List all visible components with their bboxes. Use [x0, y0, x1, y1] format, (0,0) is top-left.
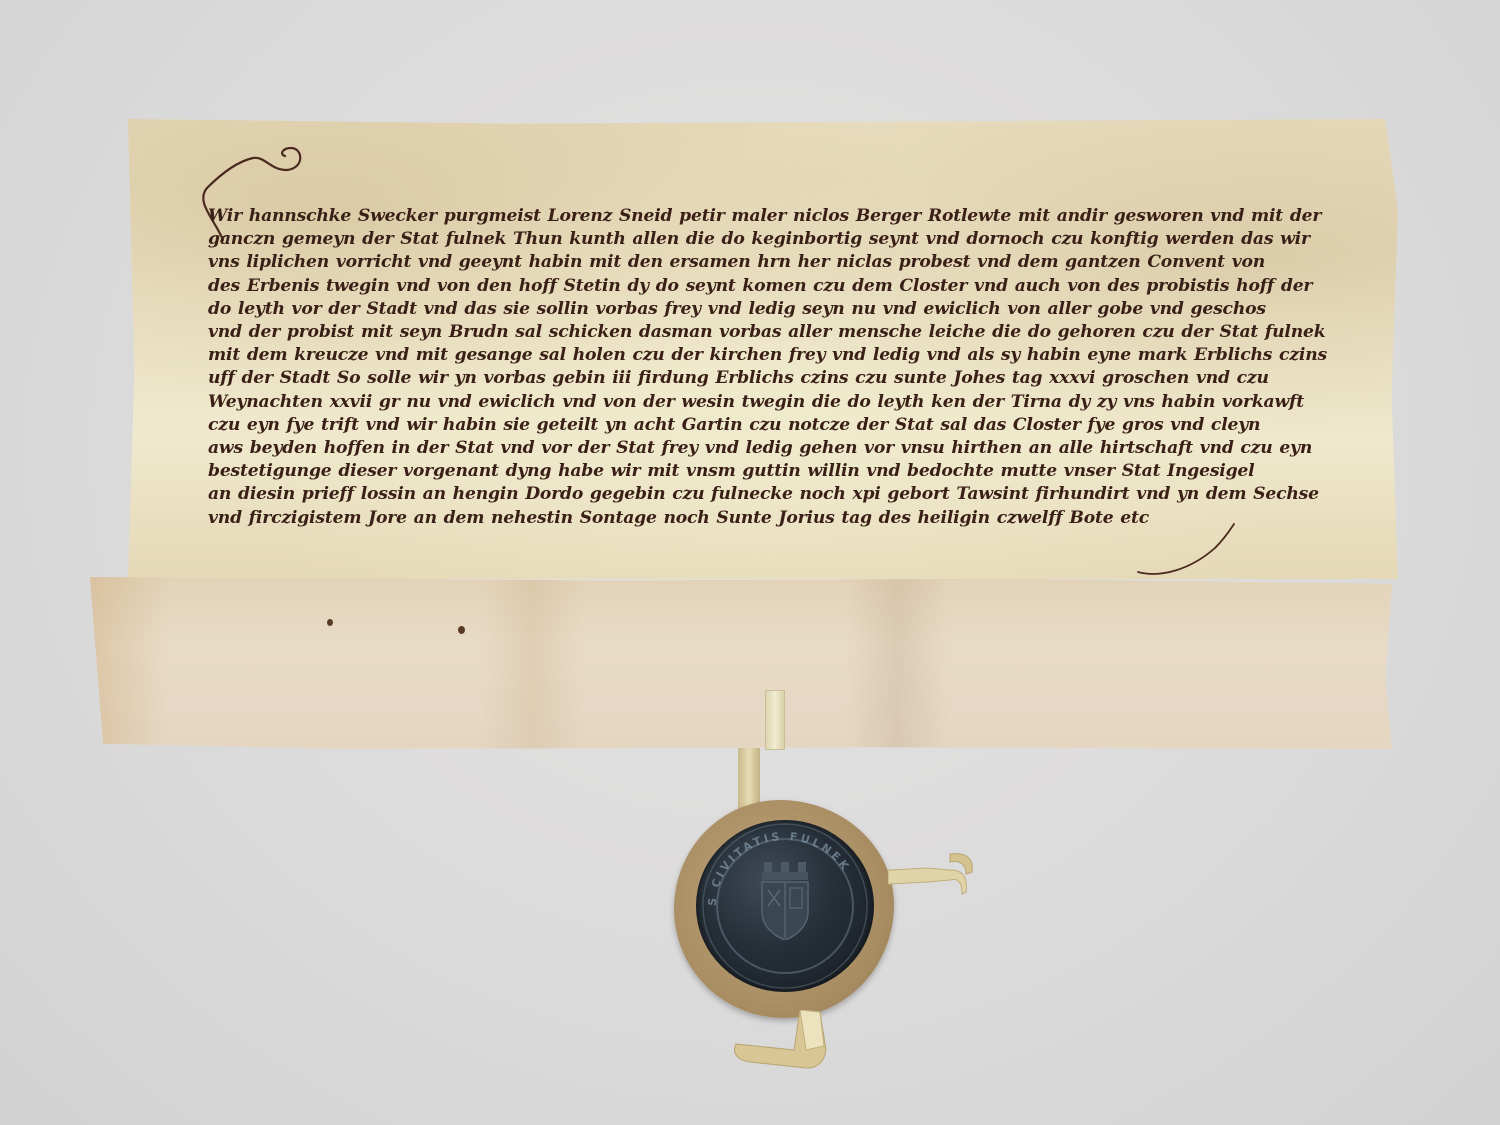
text-line-3: vns liplichen vorricht vnd geeynt habin …	[208, 251, 1363, 274]
text-line-5: do leyth vor der Stadt vnd das sie solli…	[208, 298, 1363, 321]
castle-shield-icon	[756, 862, 814, 940]
text-line-8: uff der Stadt So solle wir yn vorbas geb…	[208, 367, 1363, 390]
text-line-6: vnd der probist mit seyn Brudn sal schic…	[208, 321, 1363, 344]
charter-text: Wir hannschke Swecker purgmeist Lorenz S…	[208, 205, 1363, 530]
seal-ribbon-right	[888, 848, 976, 906]
text-line-11: aws beyden hoffen in der Stat vnd vor de…	[208, 437, 1363, 460]
text-line-13: an diesin prieff lossin an hengin Dordo …	[208, 483, 1363, 506]
closing-flourish	[1130, 520, 1240, 580]
wax-seal: S CIVITATIS FULNEK	[674, 800, 894, 1018]
seal-wax-impression: S CIVITATIS FULNEK	[696, 820, 874, 992]
text-line-1: Wir hannschke Swecker purgmeist Lorenz S…	[208, 205, 1363, 228]
text-line-9: Weynachten xxvii gr nu vnd ewiclich vnd …	[208, 391, 1363, 414]
stain-spot	[458, 626, 465, 634]
text-line-2: ganczn gemeyn der Stat fulnek Thun kunth…	[208, 228, 1363, 251]
text-line-4: des Erbenis twegin vnd von den hoff Stet…	[208, 275, 1363, 298]
text-line-7: mit dem kreucze vnd mit gesange sal hole…	[208, 344, 1363, 367]
stain-spot	[327, 619, 333, 626]
plica-fold	[90, 577, 1392, 749]
text-line-10: czu eyn fye trift vnd wir habin sie gete…	[208, 414, 1363, 437]
seal-ribbon-bottom	[730, 1010, 838, 1074]
seal-tag-loop	[765, 690, 785, 750]
text-line-12: bestetigunge dieser vorgenant dyng habe …	[208, 460, 1363, 483]
